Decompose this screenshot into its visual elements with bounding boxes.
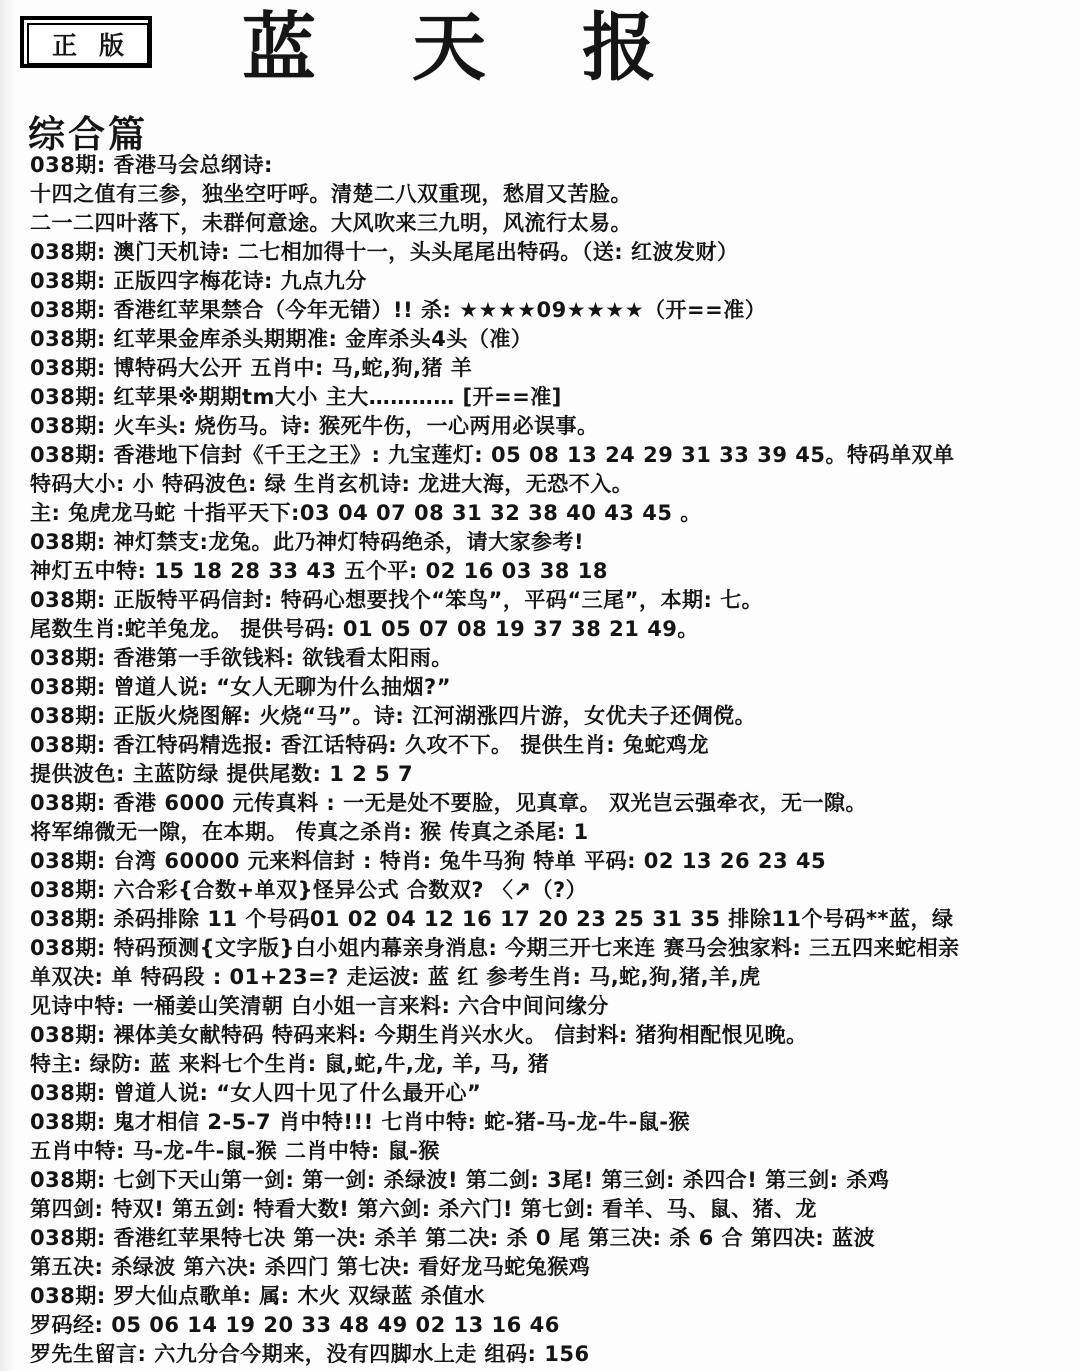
text-line: 二一二四叶落下，未群何意途。大风吹来三九明，风流行太易。 [30, 209, 1080, 238]
text-line: 038期: 博特码大公开 五肖中: 马,蛇,狗,猪 羊 [30, 354, 1080, 383]
text-line: 038期: 香江特码精选报: 香江话特码: 久攻不下。 提供生肖: 兔蛇鸡龙 [30, 731, 1080, 760]
text-line: 038期: 香港地下信封《千王之王》: 九宝莲灯: 05 08 13 24 29… [30, 441, 1080, 470]
text-line: 038期: 香港红苹果特七决 第一决: 杀羊 第二决: 杀 0 尾 第三决: 杀… [30, 1224, 1080, 1253]
text-line: 038期: 六合彩{合数+单双}怪异公式 合数双? 〈↗（?） [30, 876, 1080, 905]
text-line: 特码大小: 小 特码波色: 绿 生肖玄机诗: 龙进大海，无恐不入。 [30, 470, 1080, 499]
text-line: 038期: 特码预测{文字版}白小姐内幕亲身消息: 今期三开七来连 赛马会独家料… [30, 934, 1080, 963]
text-line: 见诗中特: 一桶姜山笑清朝 白小姐一言来料: 六合中间问缘分 [30, 992, 1080, 1021]
text-line: 038期: 杀码排除 11 个号码01 02 04 12 16 17 20 23… [30, 905, 1080, 934]
newspaper-page: 正版 蓝天报 综合篇 038期: 香港马会总纲诗:十四之值有三参，独坐空吁呼。清… [0, 0, 1080, 1371]
text-line: 038期: 鬼才相信 2-5-7 肖中特!!! 七肖中特: 蛇-猪-马-龙-牛-… [30, 1108, 1080, 1137]
text-line: 神灯五中特: 15 18 28 33 43 五个平: 02 16 03 38 1… [30, 557, 1080, 586]
text-line: 038期: 正版特平码信封: 特码心想要找个“笨鸟”，平码“三尾”，本期: 七。 [30, 586, 1080, 615]
text-line: 038期: 曾道人说: “女人无聊为什么抽烟?” [30, 673, 1080, 702]
text-line: 038期: 罗大仙点歌单: 属: 木火 双绿蓝 杀值水 [30, 1282, 1080, 1311]
text-line: 038期: 香港红苹果禁合（今年无错）!! 杀: ★★★★09★★★★（开==准… [30, 296, 1080, 325]
text-line: 038期: 香港 6000 元传真料 : 一无是处不要脸，见真章。 双光岂云强牵… [30, 789, 1080, 818]
authentic-edition-badge-label: 正版 [27, 23, 149, 65]
text-line: 038期: 红苹果金库杀头期期准: 金库杀头4头（准） [30, 325, 1080, 354]
text-line: 038期: 香港第一手欲钱料: 欲钱看太阳雨。 [30, 644, 1080, 673]
text-line: 将军绵微无一隙，在本期。 传真之杀肖: 猴 传真之杀尾: 1 [30, 818, 1080, 847]
text-line: 038期: 正版四字梅花诗: 九点九分 [30, 267, 1080, 296]
text-line: 尾数生肖:蛇羊兔龙。 提供号码: 01 05 07 08 19 37 38 21… [30, 615, 1080, 644]
text-line: 038期: 台湾 60000 元来料信封 : 特肖: 兔牛马狗 特单 平码: 0… [30, 847, 1080, 876]
text-line: 038期: 神灯禁支:龙兔。此乃神灯特码绝杀，请大家参考! [30, 528, 1080, 557]
text-line: 038期: 七剑下天山第一剑: 第一剑: 杀绿波! 第二剑: 3尾! 第三剑: … [30, 1166, 1080, 1195]
text-line: 第五决: 杀绿波 第六决: 杀四门 第七决: 看好龙马蛇兔猴鸡 [30, 1253, 1080, 1282]
text-line: 特主: 绿防: 蓝 来料七个生肖: 鼠,蛇,牛,龙, 羊, 马, 猪 [30, 1050, 1080, 1079]
text-line: 038期: 红苹果※期期tm大小 主大………… [开==准] [30, 383, 1080, 412]
text-line: 038期: 正版火烧图解: 火烧“马”。诗: 江河湖涨四片游，女优夫子还倜傥。 [30, 702, 1080, 731]
text-line: 罗先生留言: 六九分合今期来，没有四脚水上走 组码: 156 [30, 1340, 1080, 1369]
authentic-edition-badge: 正版 [20, 16, 152, 68]
page-title: 蓝天报 [242, 8, 752, 89]
text-line: 038期: 火车头: 烧伤马。诗: 猴死牛伤，一心两用必误事。 [30, 412, 1080, 441]
body-lines: 038期: 香港马会总纲诗:十四之值有三参，独坐空吁呼。清楚二八双重现，愁眉又苦… [30, 151, 1080, 1369]
section-heading: 综合篇 [28, 104, 148, 158]
text-line: 提供波色: 主蓝防绿 提供尾数: 1 2 5 7 [30, 760, 1080, 789]
text-line: 罗码经: 05 06 14 19 20 33 48 49 02 13 16 46 [30, 1311, 1080, 1340]
text-line: 五肖中特: 马-龙-牛-鼠-猴 二肖中特: 鼠-猴 [30, 1137, 1080, 1166]
text-line: 主: 兔虎龙马蛇 十指平天下:03 04 07 08 31 32 38 40 4… [30, 499, 1080, 528]
text-line: 十四之值有三参，独坐空吁呼。清楚二八双重现，愁眉又苦脸。 [30, 180, 1080, 209]
text-line: 038期: 澳门天机诗: 二七相加得十一，头头尾尾出特码。（送: 红波发财） [30, 238, 1080, 267]
text-line: 038期: 香港马会总纲诗: [30, 151, 1080, 180]
text-line: 单双决: 单 特码段 : 01+23=? 走运波: 蓝 红 参考生肖: 马,蛇,… [30, 963, 1080, 992]
text-line: 038期: 裸体美女献特码 特码来料: 今期生肖兴水火。 信封料: 猪狗相配恨见… [30, 1021, 1080, 1050]
text-line: 第四剑: 特双! 第五剑: 特看大数! 第六剑: 杀六门! 第七剑: 看羊、马、… [30, 1195, 1080, 1224]
text-line: 038期: 曾道人说: “女人四十见了什么最开心” [30, 1079, 1080, 1108]
